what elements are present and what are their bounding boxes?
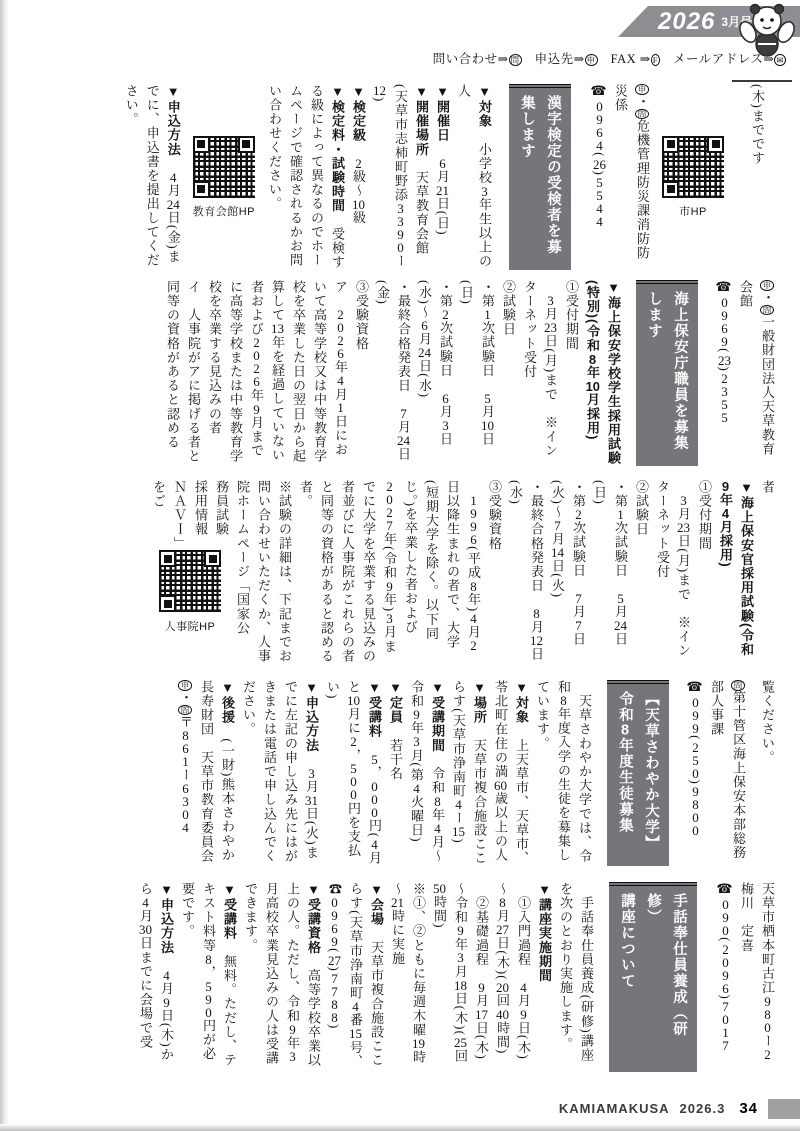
article-paragraph: ③受験資格 [351, 280, 372, 466]
article-paragraph: ▼会場 天草市複合施設ここらす(天草市浄南町4番15号、☎0969(27)778… [324, 882, 387, 1072]
article-paragraph: ①受付期間 [694, 480, 715, 666]
contact-line: 天草市栖本町古江980ー2 梅川 定喜 [736, 882, 778, 1072]
article-row-1: (木)までです 市HP 申・問危機管理防災課消防防災係 ☎0964(26)554… [26, 84, 778, 270]
article-row-2: 申・問一般財団法人天草教育会館 ☎0969(23)2355 海上保安庁職員を募集… [26, 280, 778, 466]
qr-kyoikukaikan-hp-block: 教育会館HP [184, 136, 264, 219]
article-paragraph: ③受験資格 [484, 480, 505, 666]
article-row-4: 覧ください。 問第十管区海上保安本部総務部人事課 ☎099(250)9800 【… [26, 680, 778, 866]
qr-label-jinjiin-hp: 人事院HP [165, 618, 216, 634]
article-body-sawayaka: 天草さわやか大学では、令和8年度入学の生徒を募集しています。 ▼対象 上天草市、… [174, 680, 595, 866]
footer-page-number: 34 [739, 1100, 758, 1117]
article-paragraph: ②試験日 [631, 480, 652, 666]
article-paragraph: ▼定員 若干名 [385, 680, 406, 866]
qr-city-hp-block: 市HP [653, 136, 733, 219]
article-paragraph: ▼海上保安官採用試験(令和9年4月採用) [715, 480, 757, 666]
article-paragraph: ▼受講期間 令和8年4月～令和9年3月(第4火曜日) [406, 680, 448, 866]
article-paragraph: ア 2026年4月1日において高等学校又は中等教育学校を卒業した日の翌日から起算… [204, 280, 351, 466]
contact-phone: ☎0964(26)5544 [589, 84, 610, 270]
qr-label-kyoikukaikan-hp: 教育会館HP [193, 203, 255, 219]
article-paragraph: ▼開催場所 天草教育会館(天草市志柿町野添3390ー12) [369, 84, 432, 270]
article-paragraph: ※①、②ともに毎週木曜19時～21時に実施 [387, 882, 429, 1072]
qr-code-kyoikukaikan-hp [193, 136, 255, 198]
article-paragraph: ▼検定級 2級～10級 [348, 84, 369, 270]
article-row-5: 天草市栖本町古江980ー2 梅川 定喜 ☎090(2096)7017 手話奉仕員… [26, 882, 778, 1072]
contact-line: 申・問一般財団法人天草教育会館 [735, 280, 778, 466]
navi-text: 務員試験採用情報ＮＡＶＩ」をご [148, 480, 232, 544]
section-title-text: 漢字検定の受検者を募集します [519, 95, 561, 255]
article-paragraph: ▼対象 上天草市、天草市、苓北町在住の満60歳以上の人 [490, 680, 532, 866]
article-paragraph: ・第2次試験日 7月7日(火)～7月14日(火) [547, 480, 589, 666]
article-paragraph: ・第1次試験日 5月24日(日) [589, 480, 631, 666]
article-paragraph: ・第2次試験日 6月3日(水)～6月24日(水) [414, 280, 456, 466]
article-body-kaiho-2: 者 ▼海上保安官採用試験(令和9年4月採用) ①受付期間 3月23日(月)まで … [232, 480, 778, 666]
article-paragraph: イ 人事院がアに掲げる者と同等の資格があると認める [162, 280, 204, 466]
contact-kyoikukaikan: 申・問一般財団法人天草教育会館 ☎0969(23)2355 [714, 280, 778, 466]
article-apply-kanji-kentei: ▼申込方法 4月24日(金)までに、申込書を提出してください。 [121, 84, 184, 270]
navi-qr-block: 務員試験採用情報ＮＡＶＩ」をご 人事院HP [148, 480, 232, 666]
article-paragraph: ▼場所 天草市複合施設ここらす(天草市浄南町4ー15) [448, 680, 490, 866]
article-title-kanji-kentei: 漢字検定の受検者を募集します [509, 84, 571, 270]
contact-line: 申・問危機管理防災課消防防災係 [610, 84, 653, 270]
article-paragraph: 手話奉仕員養成(研修)講座を次のとおり実施します。 [555, 882, 597, 1072]
article-paragraph: ▼受講料 5，000円(4月と10月に2，500円を支払い) [322, 680, 385, 866]
article-title-kaiho: 海上保安庁職員を募集します [636, 280, 698, 466]
footer-edge-tab [768, 1099, 800, 1119]
article-paragraph: (木)までです [747, 84, 768, 270]
mail-icon: ✉ [774, 54, 786, 66]
article-paragraph: ②試験日 [498, 280, 519, 466]
article-paragraph: ▼受講料 無料。ただし、テキスト料等8，590円が必要です。 [177, 882, 240, 1072]
article-paragraph: ・第1次試験日 5月10日(日) [456, 280, 498, 466]
article-paragraph: ▼申込方法 3月31日(火)までに左記の申し込み先にはがきまたは電話で申し込んで… [238, 680, 322, 866]
article-paragraph: ▼開催日 6月21日(日) [432, 84, 453, 270]
footer-issue: 2026.3 [680, 1101, 726, 1116]
article-paragraph: 1996(平成8年)4月2日以降生まれの者で、大学(短期大学を除く。以下同じ。)… [295, 480, 484, 666]
article-row-3: 者 ▼海上保安官採用試験(令和9年4月採用) ①受付期間 3月23日(月)まで … [26, 480, 778, 666]
article-area: (木)までです 市HP 申・問危機管理防災課消防防災係 ☎0964(26)554… [0, 84, 800, 1082]
article-body-kanji-kentei: ▼対象 小学校3年生以上の人 ▼開催日 6月21日(日) ▼開催場所 天草教育会… [264, 84, 495, 270]
article-body-kaiho-1: ▼海上保安学校学生採用試験(特別)(令和8年10月採用) ①受付期間 3月23日… [162, 280, 624, 466]
article-paragraph: ・最終合格発表日 8月12日(水) [505, 480, 547, 666]
page-footer: KAMIAMAKUSA2026.334 [559, 1100, 758, 1117]
footer-brand: KAMIAMAKUSA [559, 1101, 670, 1116]
article-paragraph: 3月23日(月)まで ※インターネット受付 [652, 480, 694, 666]
article-paragraph: ▼申込方法 4月9日(木)から4月30日までに会場で受 [135, 882, 177, 1072]
article-paragraph: 3月23日(月)まで ※インターネット受付 [519, 280, 561, 466]
article-paragraph: 覧ください。 [757, 680, 778, 866]
article-paragraph: 者 [757, 480, 778, 666]
section-title-text: 【天草さわやか大学】令和8年度生徒募集 [617, 691, 659, 851]
article-paragraph: 申・問〒861ー6304 [174, 680, 196, 866]
article-paragraph: ・最終合格発表日 7月24日(金) [372, 280, 414, 466]
previous-article-end: (木)までです [747, 84, 768, 270]
previous-article-rule [732, 80, 792, 82]
article-paragraph: ▼受講資格 高等学校卒業以上の人。ただし、令和9年3月高校卒業見込みの人は受講で… [240, 882, 324, 1072]
newsletter-page: 2026 3月号 問い合わせ⇒問 申込先⇒申 FAX ⇒F メールアドレス⇒✉ … [0, 0, 800, 1131]
article-paragraph: ▼講座実施期間 [534, 882, 555, 1072]
qr-label-city-hp: 市HP [679, 203, 707, 219]
article-paragraph: ▼対象 小学校3年生以上の人 [453, 84, 495, 270]
article-paragraph: ▼後援 (一財)熊本さわやか長寿財団 天草市教育委員会 [196, 680, 238, 866]
contact-bousai: 申・問危機管理防災課消防防災係 ☎0964(26)5544 [589, 84, 653, 270]
qr-code-city-hp [662, 136, 724, 198]
article-paragraph: ①入門過程 4月9日(木)～8月27日(木)(20回40時間) [492, 882, 534, 1072]
article-paragraph: ※試験の詳細は、下記までお問い合わせいただくか、人事院ホームページ「国家公 [232, 480, 295, 666]
article-title-sawayaka: 【天草さわやか大学】令和8年度生徒募集 [607, 680, 669, 866]
article-paragraph: ①受付期間 [561, 280, 582, 466]
contact-kaiho: 問第十管区海上保安本部総務部人事課 ☎099(250)9800 [685, 680, 749, 866]
article-paragraph: ②基礎過程 9月17日(木)～令和9年3月18日(木)(25回50時間) [429, 882, 492, 1072]
article-paragraph: ▼申込方法 4月24日(金)までに、申込書を提出してください。 [121, 84, 184, 270]
section-title-text: 手話奉仕員養成（研修）講座について [619, 893, 687, 1037]
contact-phone: ☎0969(23)2355 [714, 280, 735, 466]
article-title-shuwa: 手話奉仕員養成（研修）講座について [609, 882, 697, 1072]
page-edge-bottom [0, 1124, 800, 1131]
legend-marks: 問い合わせ⇒問 申込先⇒申 FAX ⇒F メールアドレス⇒✉ [433, 49, 786, 67]
qr-code-jinjiin-hp [159, 550, 221, 612]
kaiho-article-end: 覧ください。 [757, 680, 778, 866]
contact-line: 問第十管区海上保安本部総務部人事課 [706, 680, 749, 866]
contact-phone: ☎090(2096)7017 [715, 882, 736, 1072]
article-paragraph: ▼海上保安学校学生採用試験(特別)(令和8年10月採用) [582, 280, 624, 466]
article-body-shuwa: 手話奉仕員養成(研修)講座を次のとおり実施します。 ▼講座実施期間 ①入門過程 … [135, 882, 597, 1072]
contact-sawayaka: 天草市栖本町古江980ー2 梅川 定喜 ☎090(2096)7017 [715, 882, 778, 1072]
contact-phone: ☎099(250)9800 [685, 680, 706, 866]
issue-year: 2026 [658, 10, 715, 34]
article-paragraph: ▼検定料・試験時間 受検する級によって異なるのでホームページで確認されるかお問い… [264, 84, 348, 270]
section-title-text: 海上保安庁職員を募集します [646, 291, 688, 451]
article-paragraph: 天草さわやか大学では、令和8年度入学の生徒を募集しています。 [532, 680, 595, 866]
